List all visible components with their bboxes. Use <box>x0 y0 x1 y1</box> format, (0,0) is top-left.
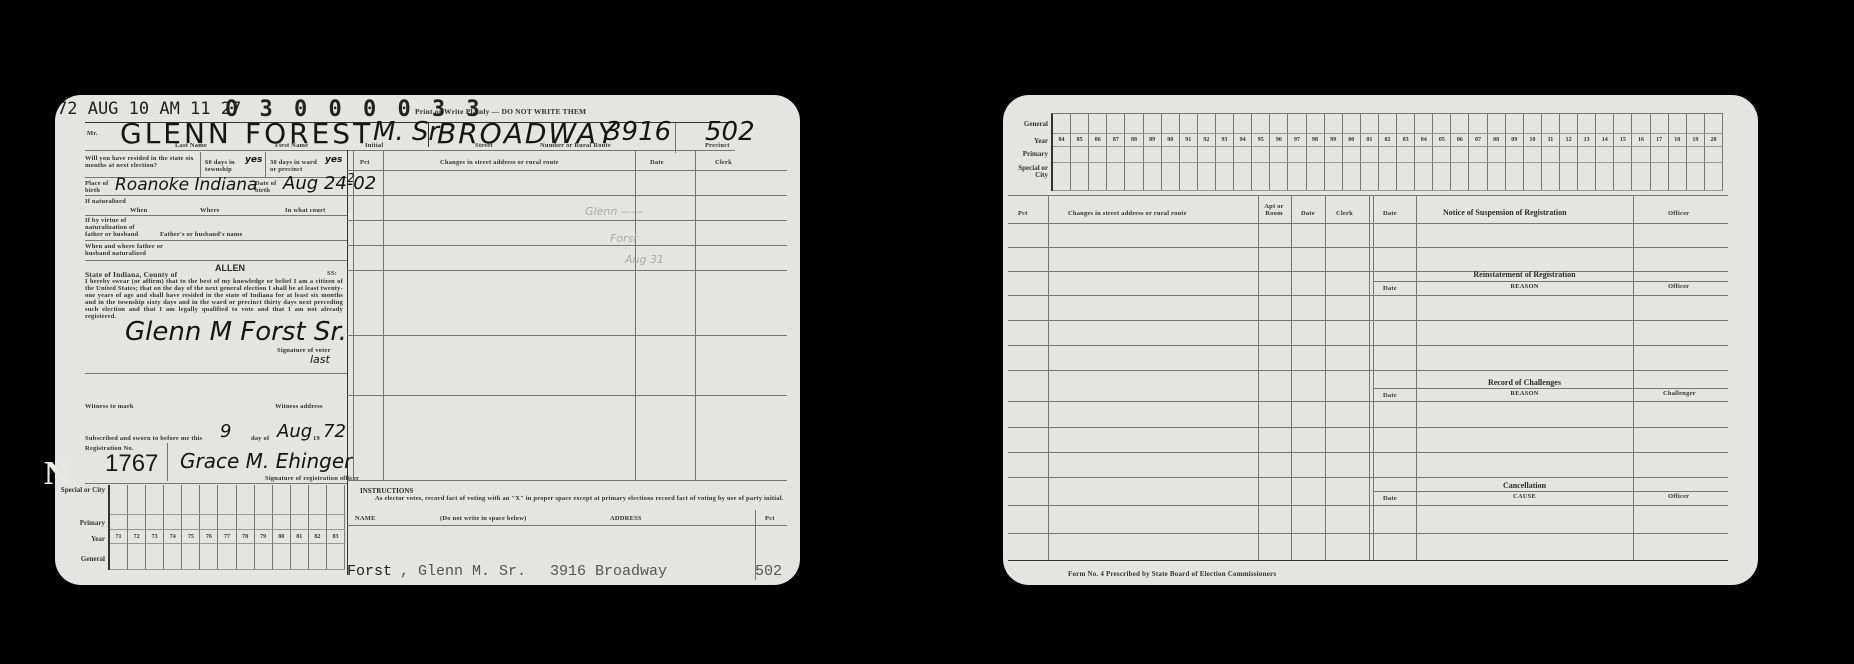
instructions-title: INSTRUCTIONS <box>360 487 413 495</box>
instructions-text: As elector votes, record fact of voting … <box>375 495 795 503</box>
cancellation-date-label: Date <box>1383 495 1397 502</box>
cancellation-cause-label: CAUSE <box>1416 493 1633 500</box>
label-pct: Pct <box>360 159 370 166</box>
date-of-birth-value: Aug 24-02 <box>283 173 376 194</box>
label-clerk: Clerk <box>715 159 732 166</box>
label-ward: 30 days in ward or precinct <box>270 159 325 173</box>
reinstatement-date-label: Date <box>1383 285 1397 292</box>
letter-mark: N <box>44 455 69 493</box>
oath-text: I hereby swear (or affirm) that to the b… <box>85 278 343 320</box>
suspension-heading: Notice of Suspension of Registration <box>1443 208 1567 217</box>
faded-entry-date: Aug 31 <box>625 253 664 266</box>
faded-entry-last: Forst <box>610 232 638 245</box>
grid-row-year: Year <box>57 535 105 543</box>
voting-grid-front: 71727374757677787980818283 <box>108 485 345 570</box>
place-of-birth-value: Roanoke Indiana <box>115 175 257 195</box>
challenges-heading: Record of Challenges <box>1416 378 1633 387</box>
faded-entry-name: Glenn —— <box>585 205 643 218</box>
cancellation-officer-label: Officer <box>1668 493 1689 500</box>
label-year-prefix: 19 <box>313 435 320 442</box>
label-address: ADDRESS <box>610 515 642 522</box>
registration-card-front: 72 AUG 10 AM 11 27 0 3 0 0 0 0 3 3 Print… <box>55 95 800 585</box>
received-stamp: 72 AUG 10 AM 11 27 <box>57 99 241 119</box>
label-date: Date <box>650 159 664 166</box>
header-instruction: Print or Write Plainly — DO NOT WRITE TH… <box>415 107 586 116</box>
officer-signature: Grace M. Ehinger <box>180 449 352 473</box>
form-note: Form No. 4 Prescribed by State Board of … <box>1068 570 1276 578</box>
typed-precinct: 502 <box>755 563 782 580</box>
label-date-of-birth: Date of birth <box>255 180 280 194</box>
label-fathers-name: Father's or husband's name <box>160 231 243 238</box>
label-number: Number or Rural Route <box>540 142 611 149</box>
back-label-officer: Officer <box>1668 210 1689 217</box>
sworn-month: Aug <box>277 421 312 442</box>
street-number-value: 3916 <box>605 117 671 147</box>
grid-row-general: General <box>57 555 105 563</box>
ward-answer: yes <box>325 155 342 165</box>
county-value: ALLEN <box>215 263 245 273</box>
back-row-year: Year <box>1008 137 1048 145</box>
label-subscribed: Subscribed and sworn to before me this <box>85 435 202 442</box>
label-witness-address: Witness address <box>275 403 323 410</box>
label-changes-address: Changes in street address or rural route <box>440 159 559 166</box>
pct-mark: 2 <box>347 171 355 185</box>
signature-note: last <box>310 353 330 366</box>
back-label-pct: Pct <box>1018 210 1028 217</box>
back-label-changes: Changes in street address or rural route <box>1068 210 1187 217</box>
township-answer: yes <box>245 155 262 165</box>
label-do-not-write: (Do not write in space below) <box>440 515 527 522</box>
label-when: When <box>130 207 147 214</box>
label-naturalized: If naturalized <box>85 198 126 205</box>
label-name: NAME <box>355 515 376 522</box>
reinstatement-reason-label: REASON <box>1416 283 1633 290</box>
label-street: Street <box>475 142 493 149</box>
label-township: 60 days in township <box>205 159 250 173</box>
challenges-reason-label: REASON <box>1416 390 1633 397</box>
label-last-name: Last Name <box>175 142 207 149</box>
sworn-day: 9 <box>220 421 231 442</box>
back-label-date-suspension: Date <box>1383 210 1397 217</box>
label-place-of-birth: Place of birth <box>85 180 115 194</box>
label-witness: Witness to mark <box>85 403 134 410</box>
voting-grid-back: 8485868788899091929394959697989900010203… <box>1051 113 1723 191</box>
back-label-clerk: Clerk <box>1336 210 1353 217</box>
label-officer-signature: Signature of registration officer <box>265 475 359 482</box>
back-row-general: General <box>1008 120 1048 128</box>
title-prefix: Mr. <box>87 130 98 137</box>
label-residence: Will you have resided in the state six m… <box>85 155 195 169</box>
grid-row-primary: Primary <box>57 519 105 527</box>
label-initial: Initial <box>365 142 383 149</box>
reinstatement-officer-label: Officer <box>1668 283 1689 290</box>
reinstatement-heading: Reinstatement of Registration <box>1416 270 1633 279</box>
label-court: In what court <box>285 207 326 214</box>
first-name-value: FOREST <box>245 117 373 150</box>
registration-number: 1767 <box>105 450 158 478</box>
back-row-primary: Primary <box>1008 150 1048 158</box>
cancellation-heading: Cancellation <box>1416 481 1633 490</box>
typed-first-name: , Glenn M. Sr. <box>400 563 526 580</box>
typed-last-name: Forst <box>347 563 392 580</box>
label-ss: SS: <box>327 270 337 277</box>
label-pct-bottom: Pct <box>765 515 775 522</box>
label-father-naturalized: When and where father or husband natural… <box>85 243 165 257</box>
back-label-apt: Apt or Room <box>1258 203 1290 217</box>
label-where: Where <box>200 207 220 214</box>
label-precinct: Precinct <box>705 142 730 149</box>
sworn-year: 72 <box>323 421 346 442</box>
challenges-date-label: Date <box>1383 392 1397 399</box>
challenger-label: Challenger <box>1663 390 1696 397</box>
back-row-special: Special or City <box>1008 165 1048 179</box>
label-first-name: First Name <box>275 142 308 149</box>
voter-signature: Glenn M Forst Sr. <box>125 317 347 347</box>
back-label-date: Date <box>1301 210 1315 217</box>
label-virtue: If by virtue of naturalization of father… <box>85 217 145 238</box>
registration-card-back: General Year Primary Special or City 848… <box>1003 95 1758 585</box>
label-day-of: day of <box>251 435 269 442</box>
typed-address: 3916 Broadway <box>550 563 667 580</box>
